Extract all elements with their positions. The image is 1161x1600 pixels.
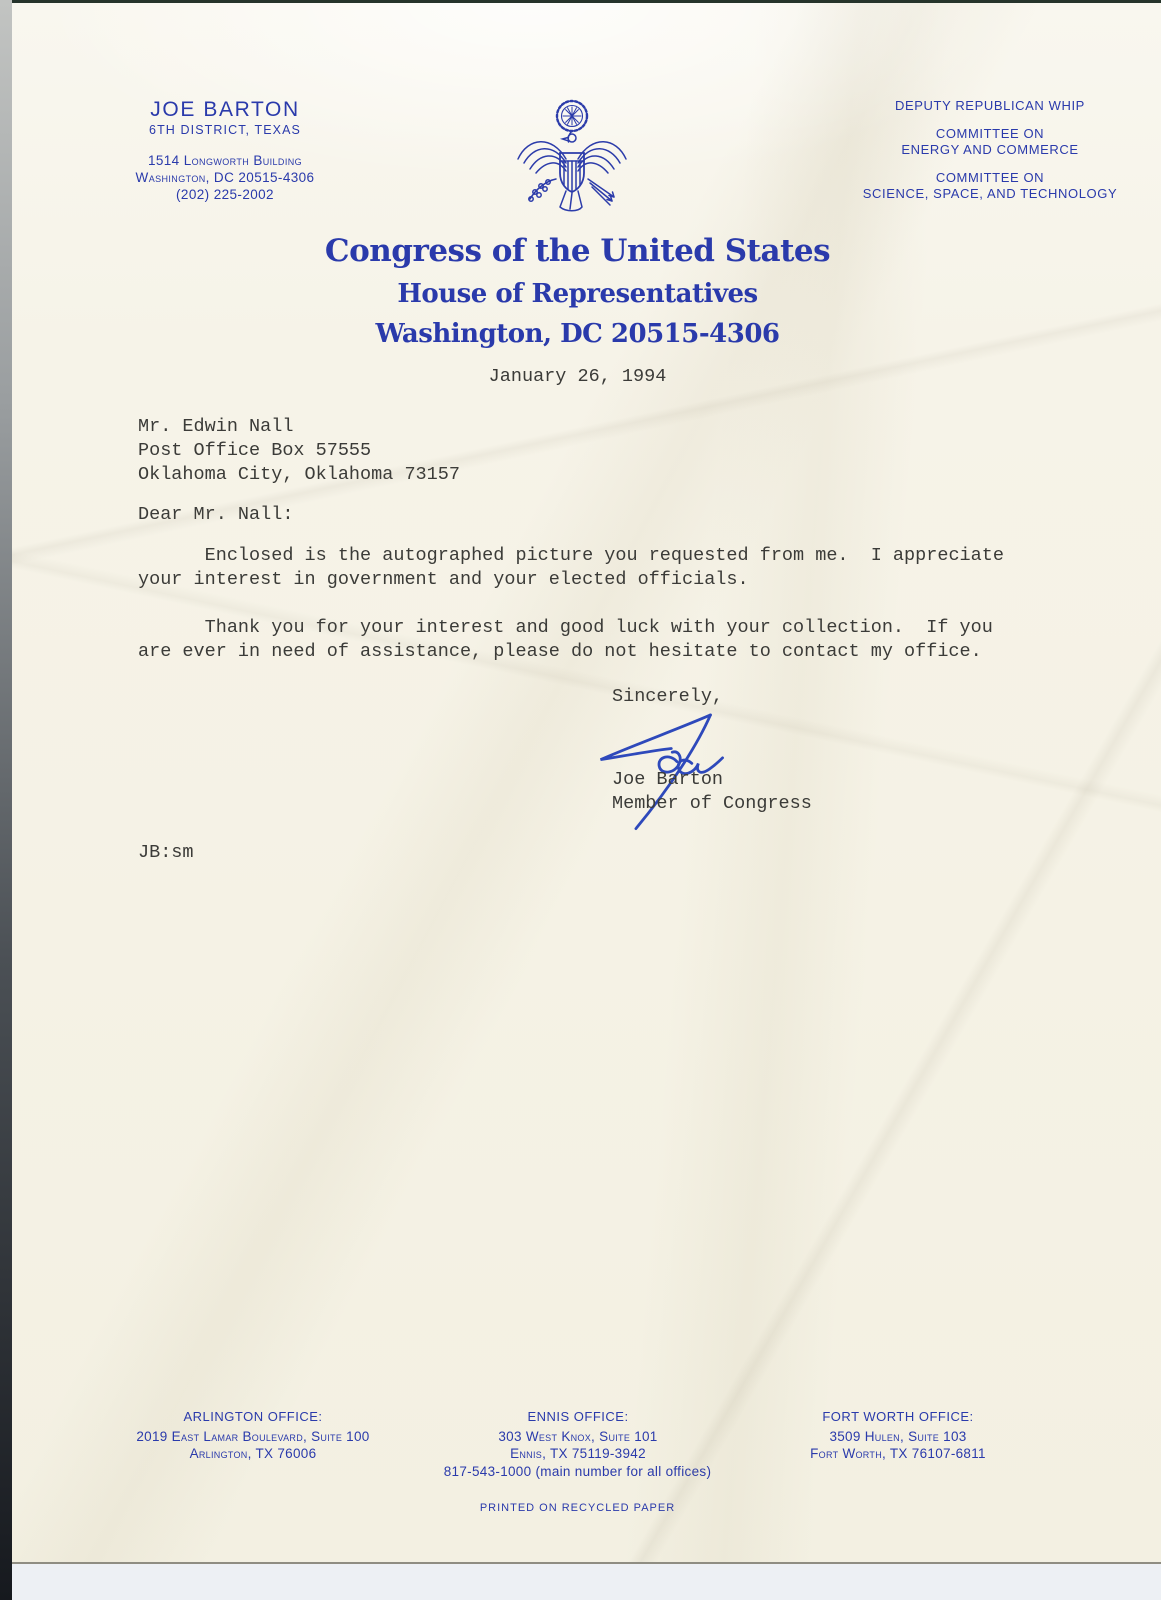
org-house-line: House of Representatives — [3, 279, 1152, 309]
committee1-line1: COMMITTEE ON — [830, 126, 1150, 142]
committee2-line2: SCIENCE, SPACE, AND TECHNOLOGY — [830, 186, 1150, 202]
fort-worth-office-title: FORT WORTH OFFICE: — [743, 1408, 1053, 1425]
salutation: Dear Mr. Nall: — [138, 503, 293, 527]
main-phone-number: 817-543-1000 (main number for all office… — [3, 1464, 1152, 1479]
arlington-office-title: ARLINGTON OFFICE: — [98, 1408, 408, 1425]
fort-worth-office-line2: Fort Worth, TX 76107-6811 — [743, 1445, 1053, 1462]
position-title: DEPUTY REPUBLICAN WHIP — [830, 98, 1150, 114]
fort-worth-office-line1: 3509 Hulen, Suite 103 — [743, 1428, 1053, 1445]
great-seal-icon — [512, 95, 632, 227]
arlington-office-line1: 2019 East Lamar Boulevard, Suite 100 — [98, 1428, 408, 1445]
arlington-office-block: ARLINGTON OFFICE: 2019 East Lamar Boulev… — [98, 1408, 408, 1462]
letter-date: January 26, 1994 — [3, 365, 1152, 389]
typed-signature-block: Joe BartonMember of Congress — [612, 768, 812, 816]
ennis-office-line2: Ennis, TX 75119-3942 — [423, 1445, 733, 1462]
ennis-office-title: ENNIS OFFICE: — [423, 1408, 733, 1425]
committee2-line1: COMMITTEE ON — [830, 170, 1150, 186]
recipient-address: Mr. Edwin Nall Post Office Box 57555 Okl… — [138, 415, 460, 487]
org-congress-line: Congress of the United States — [3, 233, 1152, 269]
committee-science-space-technology: COMMITTEE ON SCIENCE, SPACE, AND TECHNOL… — [830, 170, 1150, 202]
typed-name: Joe Barton — [612, 769, 723, 790]
member-identity-block: JOE BARTON 6TH DISTRICT, TEXAS 1514 Long… — [60, 98, 390, 203]
committee-energy-commerce: COMMITTEE ON ENERGY AND COMMERCE — [830, 126, 1150, 158]
member-name: JOE BARTON — [60, 98, 390, 122]
org-washington-line: Washington, DC 20515-4306 — [3, 319, 1152, 349]
ennis-office-line1: 303 West Knox, Suite 101 — [423, 1428, 733, 1445]
fort-worth-office-block: FORT WORTH OFFICE: 3509 Hulen, Suite 103… — [743, 1408, 1053, 1462]
typed-title: Member of Congress — [612, 793, 812, 814]
reference-initials: JB:sm — [138, 841, 194, 865]
member-district: 6TH DISTRICT, TEXAS — [60, 122, 390, 139]
letter-page: JOE BARTON 6TH DISTRICT, TEXAS 1514 Long… — [12, 3, 1161, 1564]
committee1-line2: ENERGY AND COMMERCE — [830, 142, 1150, 158]
member-address-line2: Washington, DC 20515-4306 — [60, 169, 390, 186]
arlington-office-line2: Arlington, TX 76006 — [98, 1445, 408, 1462]
recycled-paper-notice: PRINTED ON RECYCLED PAPER — [3, 1502, 1152, 1514]
member-phone: (202) 225-2002 — [60, 186, 390, 203]
titles-committees-block: DEPUTY REPUBLICAN WHIP COMMITTEE ON ENER… — [830, 98, 1150, 214]
member-address-line1: 1514 Longworth Building — [60, 152, 390, 169]
scanner-background — [12, 1562, 1161, 1600]
body-paragraph-1: Enclosed is the autographed picture you … — [138, 544, 1038, 592]
body-paragraph-2: Thank you for your interest and good luc… — [138, 616, 1038, 664]
ennis-office-block: ENNIS OFFICE: 303 West Knox, Suite 101 E… — [423, 1408, 733, 1462]
